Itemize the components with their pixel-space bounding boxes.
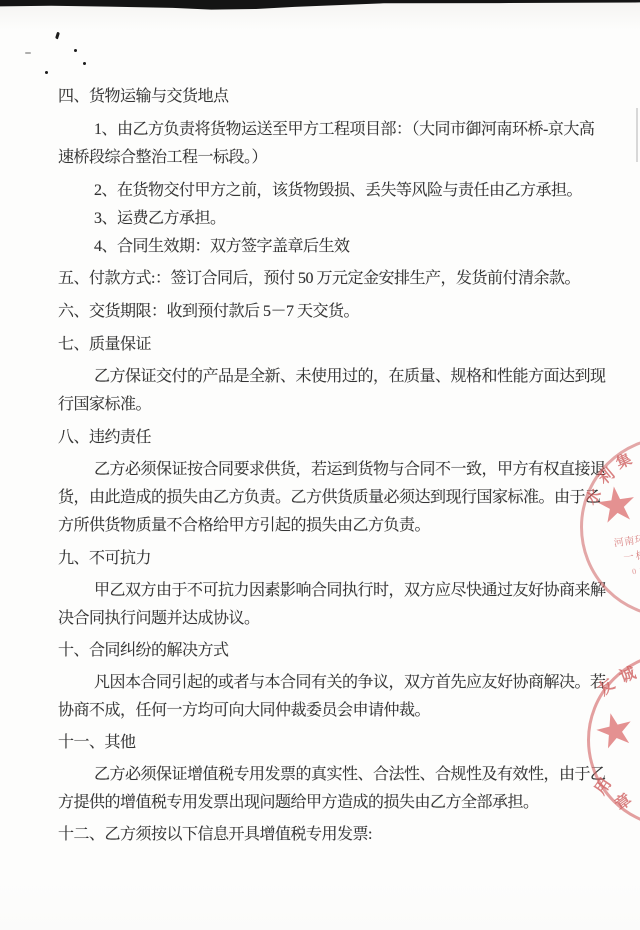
- contract-line: 乙方保证交付的产品是全新、未使用过的，在质量、规格和性能方面达到现: [94, 366, 606, 388]
- contract-line: 方所供货物质量不合格给甲方引起的损失由乙方负责。: [58, 515, 430, 537]
- seal-star-icon: ★: [589, 703, 640, 758]
- contract-line: 甲乙双方由于不可抗力因素影响合同执行时，双方应尽快通过友好协商来解: [94, 580, 606, 602]
- ink-speck: [25, 52, 31, 54]
- ink-speck: [45, 71, 48, 74]
- seal-inner-text: 河南环桥-京大桥 一标段项目 0104015: [587, 520, 640, 582]
- contract-page: 四、货物运输与交货地点 1、由乙方负责将货物运送至甲方工程项目部：（大同市御河南…: [0, 0, 640, 930]
- contract-line: 八、违约责任: [58, 427, 151, 449]
- contract-line: 货，由此造成的损失由乙方负责。乙方供货质量必须达到现行国家标准。由于乙: [58, 487, 601, 509]
- ink-speck: [74, 49, 77, 52]
- seal-text-line: 一标段项目: [589, 537, 640, 570]
- contract-line: 十一、其他: [58, 732, 136, 754]
- contract-line: 五、付款方式:：签订合同后，预付 50 万元定金安排生产，发货前付清余款。: [58, 268, 580, 290]
- seal-arc-char: 诚: [618, 666, 639, 687]
- contract-line: 凡因本合同引起的或者与本合同有关的争议，双方首先应友好协商解决。若: [94, 672, 606, 694]
- contract-line: 行国家标准。: [58, 394, 151, 416]
- seal-serial-number: 0104015: [591, 555, 640, 582]
- contract-line: 4、合同生效期：双方签字盖章后生效: [94, 236, 350, 258]
- contract-line: 四、货物运输与交货地点: [58, 86, 229, 108]
- ink-speck: [83, 62, 86, 65]
- contract-line: 速桥段综合整治工程一标段。）: [58, 147, 267, 169]
- contract-line: 十、合同纠纷的解决方式: [58, 640, 229, 662]
- contract-line: 1、由乙方负责将货物运送至甲方工程项目部：（大同市御河南环桥-京大高: [94, 119, 594, 141]
- contract-line: 2、在货物交付甲方之前，该货物毁损、丢失等风险与责任由乙方承担。: [94, 180, 582, 202]
- scan-line-artifact: [636, 108, 638, 162]
- contract-line: 乙方必须保证增值税专用发票的真实性、合法性、合规性及有效性，由于乙: [94, 764, 606, 786]
- contract-line: 九、不可抗力: [58, 548, 151, 570]
- ink-speck: [55, 32, 60, 40]
- contract-line: 七、质量保证: [58, 334, 151, 356]
- scan-edge-bar: [0, 0, 640, 11]
- contract-line: 乙方必须保证按合同要求供货，若运到货物与合同不一致，甲方有权直接退: [94, 459, 606, 481]
- contract-line: 决合同执行问题并达成协议。: [58, 608, 260, 630]
- seal-text-line: 河南环桥-京大桥: [587, 520, 640, 553]
- contract-line: 十二、乙方须按以下信息开具增值税专用发票:: [58, 824, 372, 846]
- seal-arc-char: 章: [613, 792, 635, 814]
- contract-line: 3、运费乙方承担。: [94, 208, 226, 230]
- contract-line: 六、交货期限：收到预付款后 5－7 天交货。: [58, 301, 359, 323]
- seal-arc-char: 集: [615, 453, 635, 473]
- contract-line: 方提供的增值税专用发票出现问题给甲方造成的损失由乙方全部承担。: [58, 792, 539, 814]
- contract-line: 协商不成，任何一方均可向大同仲裁委员会申请仲裁。: [58, 700, 430, 722]
